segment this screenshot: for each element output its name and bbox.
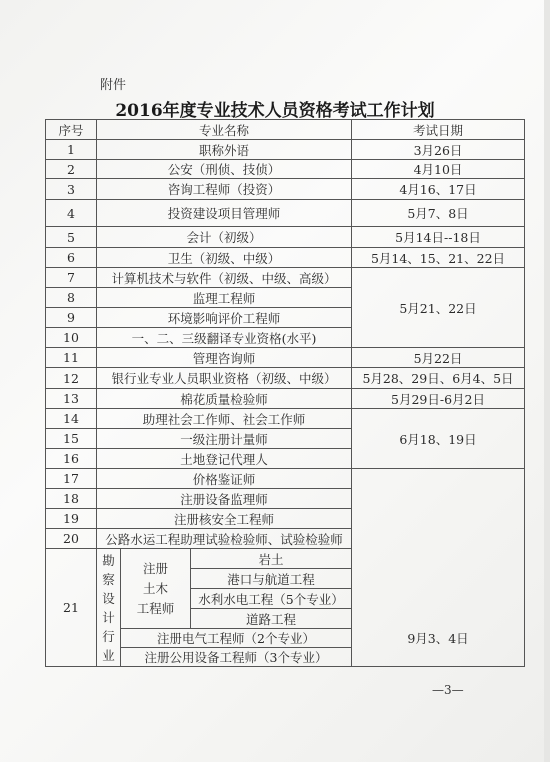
row-number: 19 [45,508,97,529]
row-name: 银行业专业人员职业资格（初级、中级） [96,367,352,389]
row-date: 4月10日 [351,159,525,179]
row-name: 卫生（初级、中级） [96,247,352,268]
row-number: 11 [45,347,97,368]
civil-specialty: 港口与航道工程 [190,568,352,589]
row-number: 12 [45,367,97,389]
row-name: 环境影响评价工程师 [96,307,352,328]
page-title: 2016年度专业技术人员资格考试工作计划 [0,96,550,121]
civil-engineer-line: 注册 [143,559,168,579]
header-no: 序号 [45,119,97,140]
row-name: 公安（刑侦、技侦） [96,159,352,179]
row-name: 棉花质量检验师 [96,388,352,409]
row-date: 5月22日 [351,347,525,368]
row-number: 16 [45,448,97,469]
utilities-engineer: 注册公用设备工程师（3个专业） [120,647,352,667]
merged-date-17-21: 9月3、4日 [351,468,525,667]
row-name: 注册设备监理师 [96,488,352,509]
merged-date-14-16: 6月18、19日 [351,408,525,469]
category-char: 察 [102,570,115,589]
category-char: 勘 [102,551,115,570]
row-number: 17 [45,468,97,489]
civil-specialty: 道路工程 [190,608,352,629]
row-name: 一级注册计量师 [96,428,352,449]
row-number: 4 [45,199,97,227]
civil-engineer-line: 土木 [143,579,168,599]
category-char: 计 [102,608,115,627]
row-name: 价格鉴证师 [96,468,352,489]
row-number: 6 [45,247,97,268]
header-name: 专业名称 [96,119,352,140]
row-name: 监理工程师 [96,287,352,308]
row-number: 13 [45,388,97,409]
category-survey-design-industry: 勘察设计行业 [96,548,121,667]
row-name: 会计（初级） [96,226,352,248]
exam-schedule-table: 序号 专业名称 考试日期 1职称外语3月26日2公安（刑侦、技侦）4月10日3咨… [46,120,525,667]
row-name: 职称外语 [96,139,352,160]
row-date: 3月26日 [351,139,525,160]
category-char: 行 [102,627,115,646]
row-date: 5月29日-6月2日 [351,388,525,409]
row-date: 5月14、15、21、22日 [351,247,525,268]
civil-specialty: 水利水电工程（5个专业） [190,588,352,609]
row-date: 4月16、17日 [351,178,525,200]
row-name: 注册核安全工程师 [96,508,352,529]
row-number: 9 [45,307,97,328]
header-date: 考试日期 [351,119,525,140]
row-name: 土地登记代理人 [96,448,352,469]
row-name: 投资建设项目管理师 [96,199,352,227]
row-number: 1 [45,139,97,160]
category-char: 业 [102,646,115,665]
row-number: 3 [45,178,97,200]
merged-date-7-10: 5月21、22日 [351,267,525,348]
registered-civil-engineer: 注册土木工程师 [120,548,191,629]
row-name: 公路水运工程助理试验检验师、试验检验师 [96,528,352,549]
category-char: 设 [102,589,115,608]
row-number: 14 [45,408,97,429]
row-number: 18 [45,488,97,509]
row-name: 助理社会工作师、社会工作师 [96,408,352,429]
row-date: 5月7、8日 [351,199,525,227]
attachment-label: 附件 [100,74,126,93]
row-number: 8 [45,287,97,308]
civil-engineer-line: 工程师 [137,599,175,619]
row-number: 20 [45,528,97,549]
civil-specialty: 岩土 [190,548,352,569]
row-date: 5月14日--18日 [351,226,525,248]
row-number: 10 [45,327,97,348]
row-number: 15 [45,428,97,449]
electrical-engineer: 注册电气工程师（2个专业） [120,628,352,648]
row-name: 一、二、三级翻译专业资格(水平) [96,327,352,348]
page-number: —3— [432,683,464,697]
row-number: 7 [45,267,97,288]
row-name: 咨询工程师（投资） [96,178,352,200]
row-number: 5 [45,226,97,248]
row-number: 2 [45,159,97,179]
row-date: 5月28、29日、6月4、5日 [351,367,525,389]
row-name: 管理咨询师 [96,347,352,368]
row-number: 21 [45,548,97,667]
row-name: 计算机技术与软件（初级、中级、高级） [96,267,352,288]
